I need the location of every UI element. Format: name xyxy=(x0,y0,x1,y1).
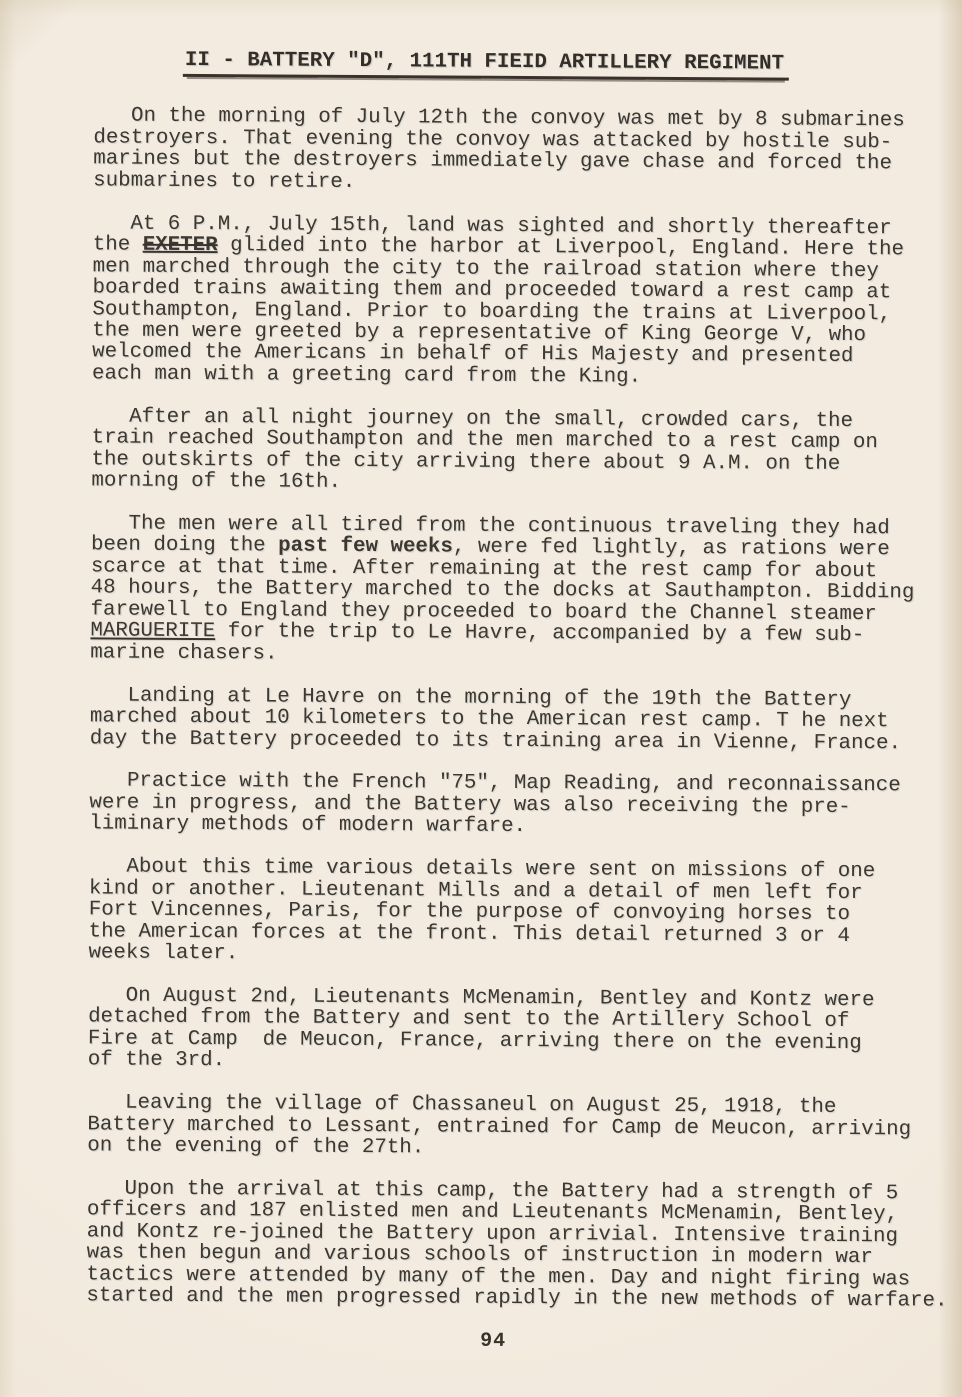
text-segment: each man with a greeting card from the K… xyxy=(92,362,641,388)
text-line: day the Battery proceeded to its trainin… xyxy=(90,728,936,755)
paragraph: Practice with the French "75", Map Readi… xyxy=(89,771,935,841)
page-title: II - BATTERY "D", 111TH FIEID ARTILLERY … xyxy=(183,50,789,81)
text-segment: past few weeks xyxy=(278,535,453,559)
paragraph: At 6 P.M., July 15th, land was sighted a… xyxy=(92,213,939,390)
text-segment: started and the men progressed rapidly i… xyxy=(86,1285,947,1313)
paragraphs: On the morning of July 12th the convoy w… xyxy=(86,106,939,1312)
text-segment: on the evening of the 27th. xyxy=(87,1134,424,1159)
paragraph: On the morning of July 12th the convoy w… xyxy=(93,106,940,197)
text-segment: weeks later. xyxy=(88,941,238,965)
text-segment: of the 3rd. xyxy=(88,1049,225,1073)
text-segment: submarines to retire. xyxy=(93,169,355,194)
text-segment: liminary methods of modern warfare. xyxy=(89,813,526,839)
paragraph: The men were all tired from the continuo… xyxy=(90,513,937,668)
text-segment: morning of the 16th. xyxy=(91,470,341,495)
page-content: II - BATTERY "D", 111TH FIEID ARTILLERY … xyxy=(86,49,940,1355)
paragraph: After an all night journey on the small,… xyxy=(91,406,938,497)
ship-name-marguerite: MARGUERITE xyxy=(90,620,215,644)
page-number: 94 xyxy=(70,1328,916,1355)
paragraph: On August 2nd, Lieutenants McMenamin, Be… xyxy=(88,985,935,1076)
text-segment: been doing the xyxy=(91,534,278,558)
ship-name-exeter: EXETER xyxy=(143,234,218,257)
paragraph: About this time various details were sen… xyxy=(88,857,935,969)
paragraph: Landing at Le Havre on the morning of th… xyxy=(90,685,936,755)
scanned-page: II - BATTERY "D", 111TH FIEID ARTILLERY … xyxy=(0,0,962,1397)
paragraph: Upon the arrival at this camp, the Batte… xyxy=(86,1178,933,1312)
text-segment: the xyxy=(93,234,143,257)
paragraph: Leaving the village of Chassaneul on Aug… xyxy=(87,1093,933,1163)
text-segment: marine chasers. xyxy=(90,641,277,665)
text-segment: day the Battery proceeded to its trainin… xyxy=(90,727,901,755)
text-line: started and the men progressed rapidly i… xyxy=(86,1286,932,1313)
title-row: II - BATTERY "D", 111TH FIEID ARTILLERY … xyxy=(183,50,940,82)
text-segment: for the trip to Le Havre, accompanied by… xyxy=(215,620,864,647)
